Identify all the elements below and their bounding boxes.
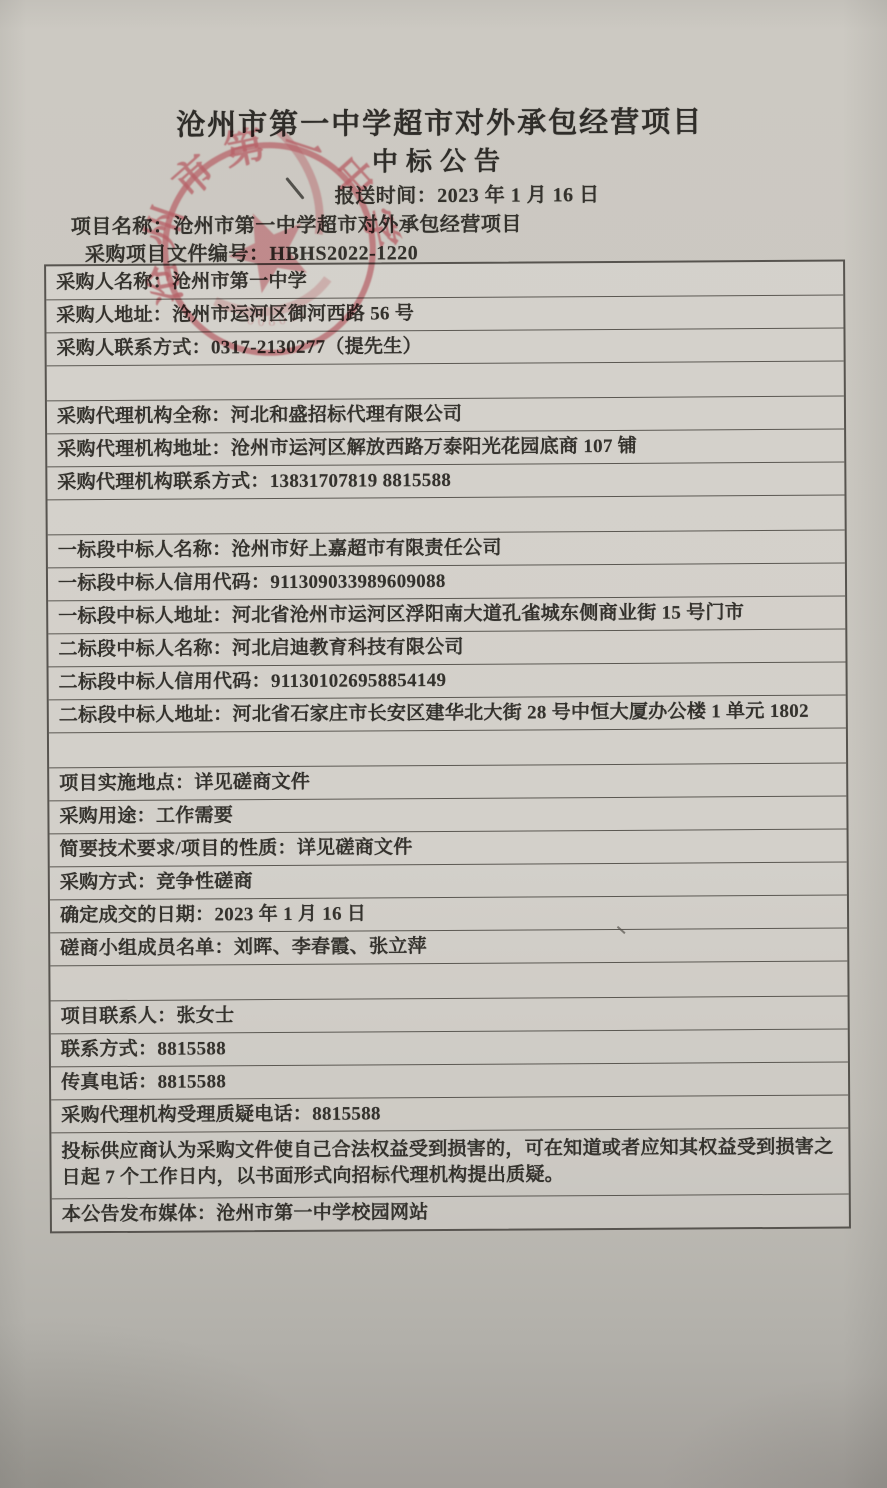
table-row: 二标段中标人名称：河北启迪教育科技有限公司 <box>48 629 845 667</box>
table-row: 传真电话：8815588 <box>51 1062 848 1100</box>
table-row: 联系方式：8815588 <box>51 1029 848 1067</box>
table-cell-text: 一标段中标人名称：沧州市好上嘉超市有限责任公司 <box>58 536 502 564</box>
table-cell-text: 采购代理机构联系方式：13831707819 8815588 <box>57 468 451 496</box>
table-row: 本公告发布媒体：沧州市第一中学校园网站 <box>52 1194 849 1232</box>
table-cell-text: 项目联系人：张女士 <box>61 1003 235 1030</box>
table-row-empty <box>47 361 844 401</box>
table-cell-text: 简要技术要求/项目的性质：详见磋商文件 <box>60 835 413 863</box>
table-cell-text: 一标段中标人地址：河北省沧州市运河区浮阳南大道孔雀城东侧商业街 15 号门市 <box>58 600 744 630</box>
table-row: 采购用途：工作需要 <box>49 796 846 834</box>
table-row: 一标段中标人地址：河北省沧州市运河区浮阳南大道孔雀城东侧商业街 15 号门市 <box>48 596 845 634</box>
table-row: 磋商小组成员名单：刘晖、李春霞、张立萍 <box>50 928 847 966</box>
table-cell-text: 确定成交的日期：2023 年 1 月 16 日 <box>60 902 366 930</box>
table-cell-text: 采购用途：工作需要 <box>59 803 233 830</box>
table-row: 采购代理机构联系方式：13831707819 8815588 <box>47 462 844 500</box>
table-cell-text: 二标段中标人地址：河北省石家庄市长安区建华北大街 28 号中恒大厦办公楼 1 单… <box>59 699 809 729</box>
table-row: 采购方式：竞争性磋商 <box>50 862 847 900</box>
table-row: 一标段中标人名称：沧州市好上嘉超市有限责任公司 <box>48 530 845 568</box>
table-row: 采购代理机构全称：河北和盛招标代理有限公司 <box>47 396 844 434</box>
document-page: 沧州市第一中学超市对外承包经营项目 中标公告 报送时间：2023 年 1 月 1… <box>0 0 887 1488</box>
scanned-document-photo: 沧州市第一中学超市对外承包经营项目 中标公告 报送时间：2023 年 1 月 1… <box>0 0 887 1488</box>
table-cell-text: 采购方式：竞争性磋商 <box>60 869 253 896</box>
table-row: 二标段中标人信用代码：911301026958854149 <box>49 662 846 700</box>
table-row: 二标段中标人地址：河北省石家庄市长安区建华北大街 28 号中恒大厦办公楼 1 单… <box>49 695 846 733</box>
announcement-table: 采购人名称：沧州市第一中学采购人地址：沧州市运河区御河西路 56 号采购人联系方… <box>44 260 851 1234</box>
table-cell-text: 联系方式：8815588 <box>61 1037 226 1064</box>
table-row-empty <box>47 495 844 535</box>
table-cell-text: 采购代理机构地址：沧州市运河区解放西路万泰阳光花园底商 107 铺 <box>57 434 637 463</box>
table-row: 投标供应商认为采购文件使自己合法权益受到损害的，可在知道或者应知其权益受到损害之… <box>51 1128 848 1199</box>
table-cell-text: 二标段中标人名称：河北启迪教育科技有限公司 <box>58 635 463 663</box>
table-cell-text: 项目实施地点：详见磋商文件 <box>59 770 310 797</box>
table-cell-text: 二标段中标人信用代码：911301026958854149 <box>59 668 447 696</box>
document-title: 沧州市第一中学超市对外承包经营项目 <box>0 98 883 144</box>
table-cell-text: 采购代理机构全称：河北和盛招标代理有限公司 <box>57 402 462 430</box>
table-cell-text: 采购代理机构受理质疑电话：8815588 <box>61 1102 381 1130</box>
table-row-empty <box>49 728 846 768</box>
table-cell-text: 磋商小组成员名单：刘晖、李春霞、张立萍 <box>60 934 427 962</box>
table-row: 项目联系人：张女士 <box>51 996 848 1034</box>
table-row: 项目实施地点：详见磋商文件 <box>49 763 846 801</box>
table-cell-text: 一标段中标人信用代码：911309033989609088 <box>58 569 446 597</box>
table-row: 采购代理机构受理质疑电话：8815588 <box>51 1095 848 1133</box>
table-cell-text: 投标供应商认为采购文件使自己合法权益受到损害的，可在知道或者应知其权益受到损害之… <box>61 1135 838 1191</box>
table-row: 简要技术要求/项目的性质：详见磋商文件 <box>50 829 847 867</box>
table-row: 采购人联系方式：0317-2130277（提先生） <box>46 328 843 366</box>
table-cell-text: 传真电话：8815588 <box>61 1070 226 1097</box>
table-row-empty <box>50 961 847 1001</box>
table-row: 一标段中标人信用代码：911309033989609088 <box>48 563 845 601</box>
table-cell-text: 本公告发布媒体：沧州市第一中学校园网站 <box>62 1200 429 1228</box>
table-row: 确定成交的日期：2023 年 1 月 16 日 <box>50 895 847 933</box>
seal-star-icon <box>216 197 321 300</box>
table-row: 采购代理机构地址：沧州市运河区解放西路万泰阳光花园底商 107 铺 <box>47 429 844 467</box>
